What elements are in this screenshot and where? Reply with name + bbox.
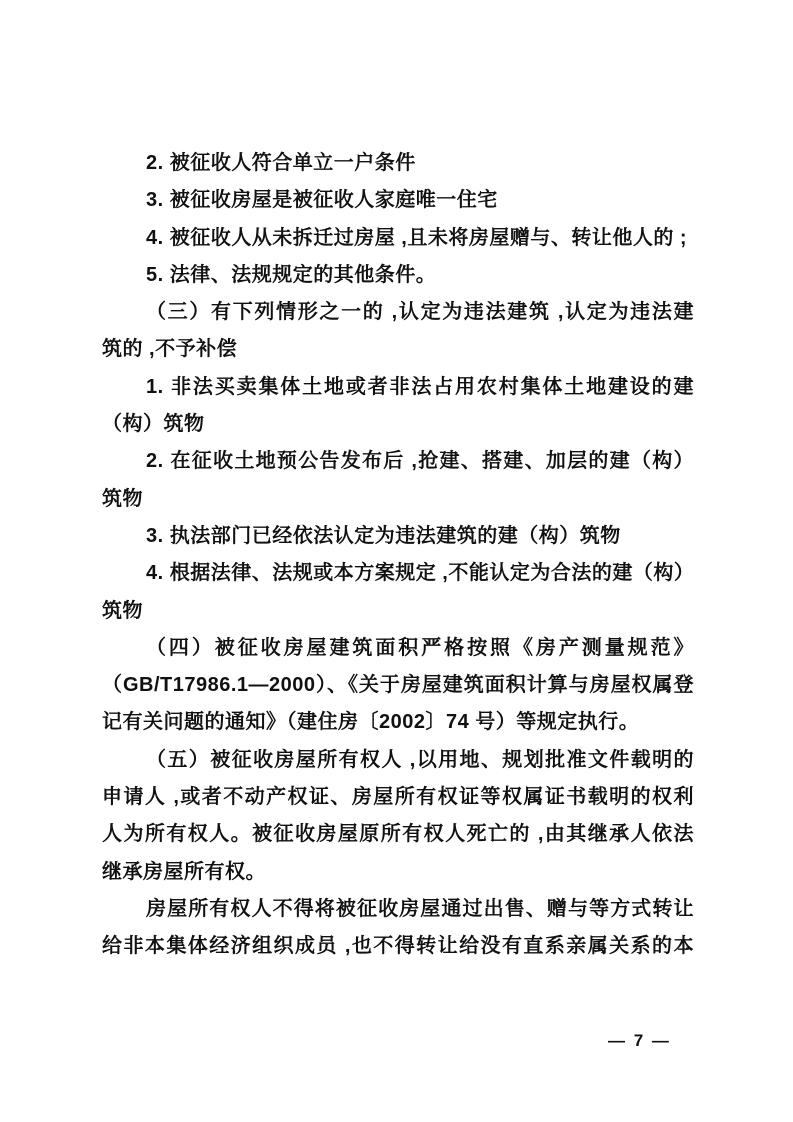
text-line: 人为所有权人。被征收房屋原所有权人死亡的 ,由其继承人依法 [102, 816, 694, 853]
text-line: （四）被征收房屋建筑面积严格按照《房产测量规范》 [102, 630, 694, 667]
text-line: 5. 法律、法规规定的其他条件。 [102, 257, 694, 294]
text-line: 4. 根据法律、法规或本方案规定 ,不能认定为合法的建（构） [102, 555, 694, 592]
text-line: （构）筑物 [102, 406, 694, 443]
text-line: 继承房屋所有权。 [102, 854, 694, 891]
text-line: 筑的 ,不予补偿 [102, 331, 694, 368]
text-line: 记有关问题的通知》（建住房〔2002〕74 号）等规定执行。 [102, 704, 694, 741]
text-line: 2. 被征收人符合单立一户条件 [102, 145, 694, 182]
text-line: 筑物 [102, 593, 694, 630]
page-number: — 7 — [608, 1031, 671, 1051]
text-line: （三）有下列情形之一的 ,认定为违法建筑 ,认定为违法建 [102, 294, 694, 331]
text-line: 申请人 ,或者不动产权证、房屋所有权证等权属证书载明的权利 [102, 779, 694, 816]
text-line: 3. 执法部门已经依法认定为违法建筑的建（构）筑物 [102, 518, 694, 555]
text-line: 筑物 [102, 481, 694, 518]
text-line: 3. 被征收房屋是被征收人家庭唯一住宅 [102, 182, 694, 219]
text-line: （GB/T17986.1—2000）、《关于房屋建筑面积计算与房屋权属登 [102, 667, 694, 704]
text-line: 2. 在征收土地预公告发布后 ,抢建、搭建、加层的建（构） [102, 443, 694, 480]
text-line: 4. 被征收人从未拆迁过房屋 ,且未将房屋赠与、转让他人的 ; [102, 220, 694, 257]
text-line: （五）被征收房屋所有权人 ,以用地、规划批准文件载明的 [102, 742, 694, 779]
text-block: 2. 被征收人符合单立一户条件 3. 被征收房屋是被征收人家庭唯一住宅 4. 被… [102, 145, 694, 966]
text-line: 房屋所有权人不得将被征收房屋通过出售、赠与等方式转让 [102, 891, 694, 928]
document-page: 2. 被征收人符合单立一户条件 3. 被征收房屋是被征收人家庭唯一住宅 4. 被… [0, 0, 793, 1122]
text-line: 给非本集体经济组织成员 ,也不得转让给没有直系亲属关系的本 [102, 928, 694, 965]
text-line: 1. 非法买卖集体土地或者非法占用农村集体土地建设的建 [102, 369, 694, 406]
